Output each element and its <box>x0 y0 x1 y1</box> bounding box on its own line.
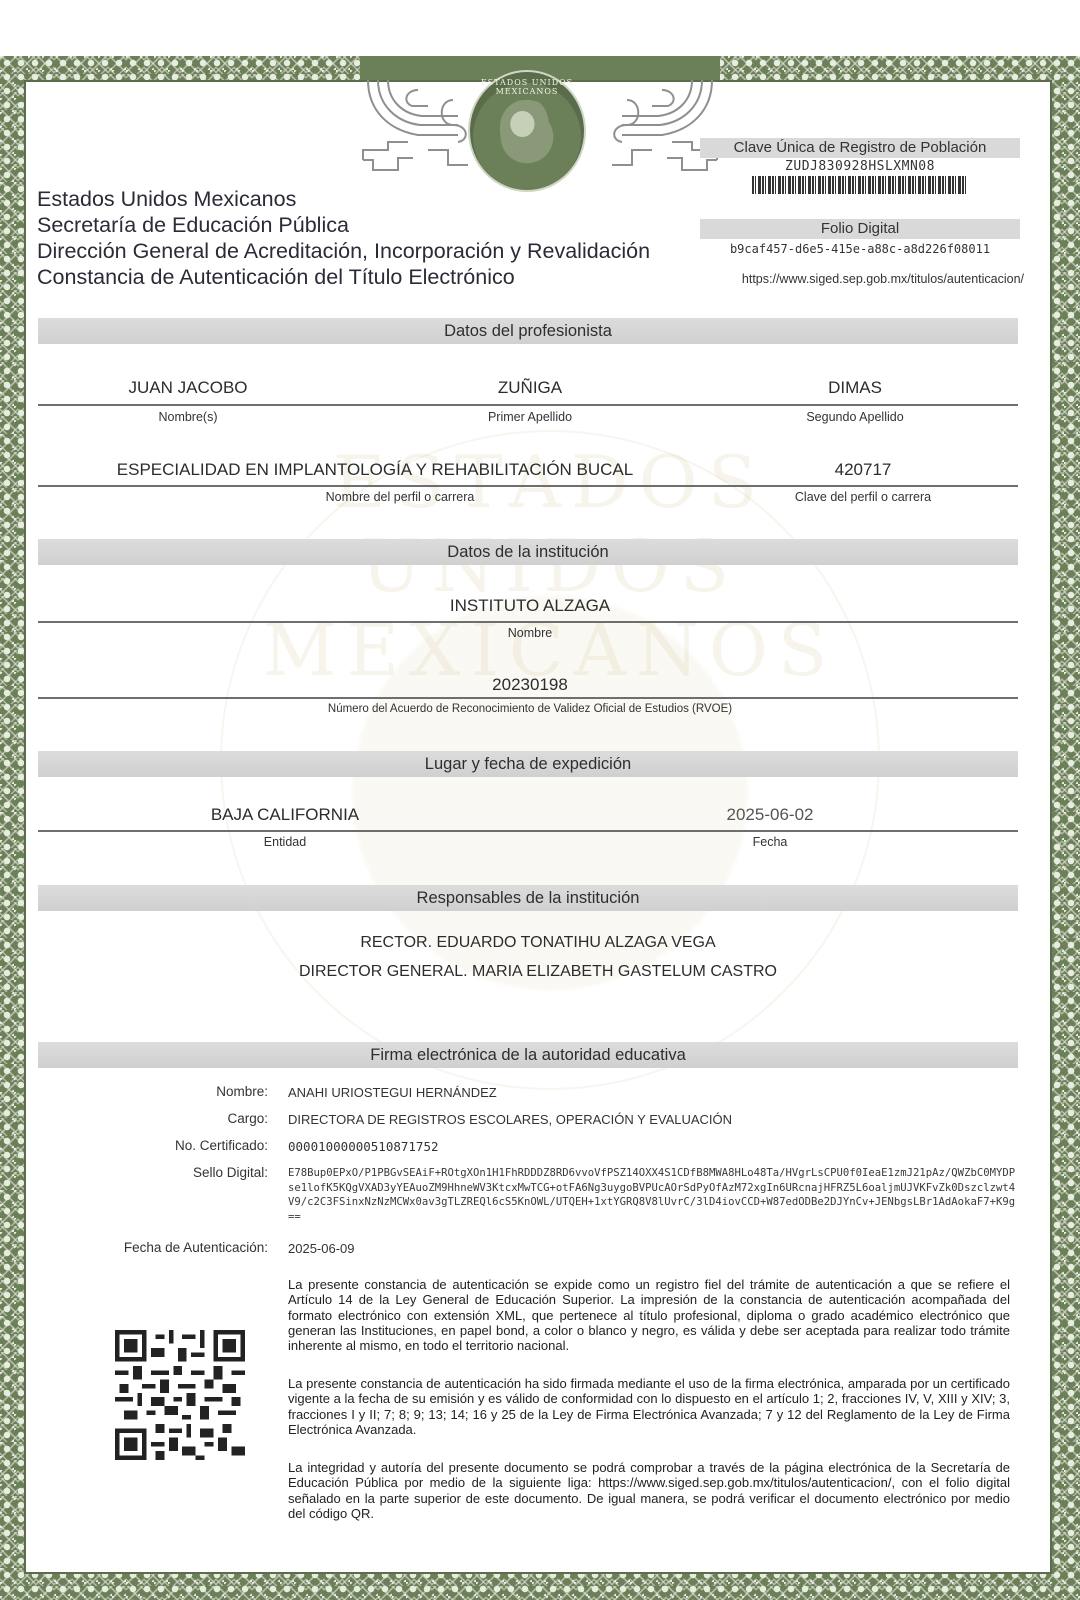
firma-cargo-value: DIRECTORA DE REGISTROS ESCOLARES, OPERAC… <box>288 1112 732 1127</box>
primer-apellido-value: ZUÑIGA <box>430 378 630 398</box>
firma-cargo-label: Cargo: <box>120 1111 268 1126</box>
segundo-apellido-label: Segundo Apellido <box>755 410 955 424</box>
primer-apellido-label: Primer Apellido <box>430 410 630 424</box>
verification-url[interactable]: https://www.siged.sep.gob.mx/titulos/aut… <box>694 272 1024 286</box>
section-firma: Firma electrónica de la autoridad educat… <box>38 1042 1018 1068</box>
nombre-label: Nombre(s) <box>88 410 288 424</box>
section-expedicion: Lugar y fecha de expedición <box>38 751 1018 777</box>
certificado-label: No. Certificado: <box>100 1138 268 1153</box>
nombre-value: JUAN JACOBO <box>88 378 288 398</box>
folio-value: b9caf457-d6e5-415e-a88c-a8d226f08011 <box>700 242 1020 256</box>
clave-carrera-value: 420717 <box>763 460 963 480</box>
crest-ornament-left <box>358 80 478 180</box>
curp-block: Clave Única de Registro de Población ZUD… <box>700 138 1020 194</box>
section-responsables: Responsables de la institución <box>38 885 1018 911</box>
curp-value: ZUDJ830928HSLXMN08 <box>700 159 1020 174</box>
legal-paragraph-1: La presente constancia de autenticación … <box>288 1277 1010 1353</box>
folio-label: Folio Digital <box>700 219 1020 239</box>
divider <box>38 404 1018 406</box>
firma-nombre-value: ANAHI URIOSTEGUI HERNÁNDEZ <box>288 1085 497 1100</box>
institucion-nombre-value: INSTITUTO ALZAGA <box>400 596 660 616</box>
header-document-title: Constancia de Autenticación del Título E… <box>37 264 650 290</box>
responsable-director: DIRECTOR GENERAL. MARIA ELIZABETH GASTEL… <box>238 963 838 981</box>
fecha-expedicion-value: 2025-06-02 <box>670 805 870 825</box>
issuer-header: Estados Unidos Mexicanos Secretaría de E… <box>37 186 650 290</box>
sello-label: Sello Digital: <box>100 1165 268 1180</box>
fecha-expedicion-label: Fecha <box>670 835 870 849</box>
entidad-label: Entidad <box>185 835 385 849</box>
responsable-rector: RECTOR. EDUARDO TONATIHU ALZAGA VEGA <box>288 934 788 952</box>
certificado-value: 00001000000510871752 <box>288 1139 439 1154</box>
barcode-icon <box>752 176 968 194</box>
institucion-nombre-label: Nombre <box>430 626 630 640</box>
seal-text: ESTADOS UNIDOS MEXICANOS <box>470 78 584 96</box>
header-secretaria: Secretaría de Educación Pública <box>37 212 650 238</box>
curp-label: Clave Única de Registro de Población <box>700 138 1020 158</box>
divider <box>38 621 1018 623</box>
divider <box>38 485 1018 487</box>
folio-block: Folio Digital b9caf457-d6e5-415e-a88c-a8… <box>700 219 1020 256</box>
fecha-autenticacion-value: 2025-06-09 <box>288 1241 355 1256</box>
section-institucion: Datos de la institución <box>38 539 1018 565</box>
carrera-label: Nombre del perfil o carrera <box>275 490 525 504</box>
divider <box>38 830 1018 832</box>
carrera-value: ESPECIALIDAD EN IMPLANTOLOGÍA Y REHABILI… <box>75 460 675 480</box>
qr-code-icon[interactable] <box>115 1330 245 1460</box>
firma-nombre-label: Nombre: <box>120 1084 268 1099</box>
header-country: Estados Unidos Mexicanos <box>37 186 650 212</box>
clave-carrera-label: Clave del perfil o carrera <box>738 490 988 504</box>
header-direccion: Dirección General de Acreditación, Incor… <box>37 238 650 264</box>
sello-digital-value: E78Bup0EPxO/P1PBGvSEAiF+ROtgXOn1H1FhRDDD… <box>288 1166 1018 1224</box>
eagle-icon <box>500 100 556 160</box>
legal-paragraph-3: La integridad y autoría del presente doc… <box>288 1460 1010 1521</box>
rvoe-value: 20230198 <box>430 675 630 695</box>
rvoe-label: Número del Acuerdo de Reconocimiento de … <box>230 703 830 715</box>
fecha-autenticacion-label: Fecha de Autenticación: <box>60 1240 268 1255</box>
national-coat-of-arms-seal: ESTADOS UNIDOS MEXICANOS <box>468 70 586 192</box>
divider <box>38 697 1018 699</box>
entidad-value: BAJA CALIFORNIA <box>185 805 385 825</box>
legal-paragraph-2: La presente constancia de autenticación … <box>288 1376 1010 1437</box>
section-profesionista: Datos del profesionista <box>38 318 1018 344</box>
segundo-apellido-value: DIMAS <box>755 378 955 398</box>
